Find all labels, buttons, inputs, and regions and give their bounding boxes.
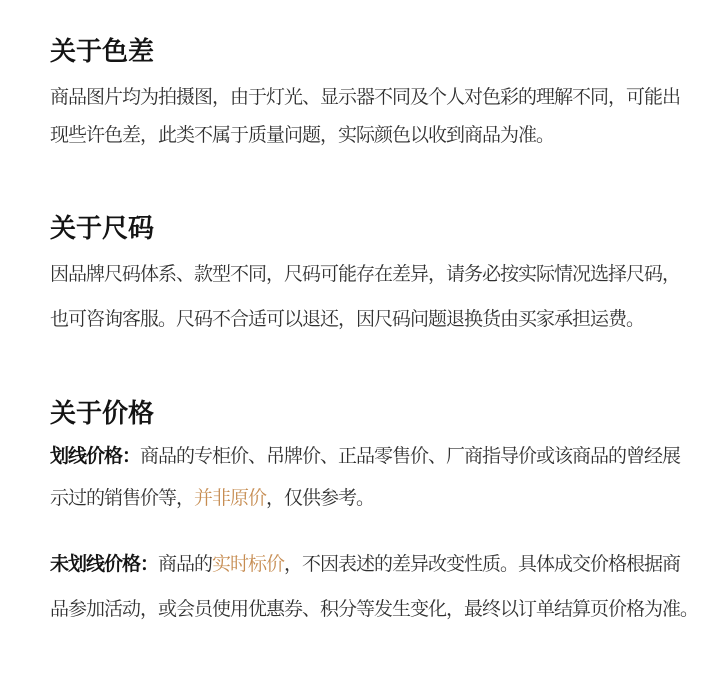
accent-text-not-original-price: 并非原价 <box>194 488 266 509</box>
body-line: 商品图片均为拍摄图，由于灯光、显示器不同及个人对色彩的理解不同，可能出 <box>50 79 680 117</box>
list-price-paragraph: 划线价格：商品的专柜价、吊牌价、正品零售价、厂商指导价或该商品的曾经展 示过的销… <box>50 436 680 520</box>
text-segment: 商品的 <box>158 554 212 575</box>
accent-text-realtime-price: 实时标价 <box>212 554 284 575</box>
product-notice-page: 关于色差 商品图片均为拍摄图，由于灯光、显示器不同及个人对色彩的理解不同，可能出… <box>0 0 702 696</box>
body-line: 未划线价格：商品的实时标价，不因表述的差异改变性质。具体成交价格根据商 <box>50 542 698 587</box>
body-line: 品参加活动，或会员使用优惠券、积分等发生变化，最终以订单结算页价格为准。 <box>50 587 698 632</box>
list-price-label: 划线价格： <box>50 446 140 467</box>
text-segment: 现些许色差，此类不属于质量问题，实际颜色以收到商品为准。 <box>50 125 554 146</box>
section-heading-size: 关于尺码 <box>50 213 154 243</box>
text-segment: 因品牌尺码体系、款型不同，尺码可能存在差异，请务必按实际情况选择尺码， <box>50 264 680 285</box>
body-line: 划线价格：商品的专柜价、吊牌价、正品零售价、厂商指导价或该商品的曾经展 <box>50 436 680 478</box>
text-segment: 商品的专柜价、吊牌价、正品零售价、厂商指导价或该商品的曾经展 <box>140 446 680 467</box>
text-segment: ，不因表述的差异改变性质。具体成交价格根据商 <box>284 554 680 575</box>
body-line: 也可咨询客服。尺码不合适可以退还，因尺码问题退换货由买家承担运费。 <box>50 297 680 342</box>
unlined-price-paragraph: 未划线价格：商品的实时标价，不因表述的差异改变性质。具体成交价格根据商 品参加活… <box>50 542 698 632</box>
text-segment: 商品图片均为拍摄图，由于灯光、显示器不同及个人对色彩的理解不同，可能出 <box>50 87 680 108</box>
section-heading-price: 关于价格 <box>50 398 154 428</box>
color-difference-paragraph: 商品图片均为拍摄图，由于灯光、显示器不同及个人对色彩的理解不同，可能出 现些许色… <box>50 79 680 155</box>
section-heading-color-difference: 关于色差 <box>50 36 154 66</box>
size-paragraph: 因品牌尺码体系、款型不同，尺码可能存在差异，请务必按实际情况选择尺码， 也可咨询… <box>50 252 680 342</box>
text-segment: 示过的销售价等， <box>50 488 194 509</box>
unlined-price-label: 未划线价格： <box>50 554 158 575</box>
text-segment: 也可咨询客服。尺码不合适可以退还，因尺码问题退换货由买家承担运费。 <box>50 309 644 330</box>
body-line: 因品牌尺码体系、款型不同，尺码可能存在差异，请务必按实际情况选择尺码， <box>50 252 680 297</box>
text-segment: 品参加活动，或会员使用优惠券、积分等发生变化，最终以订单结算页价格为准。 <box>50 599 698 620</box>
text-segment: ，仅供参考。 <box>266 488 374 509</box>
body-line: 示过的销售价等，并非原价，仅供参考。 <box>50 478 680 520</box>
body-line: 现些许色差，此类不属于质量问题，实际颜色以收到商品为准。 <box>50 117 680 155</box>
